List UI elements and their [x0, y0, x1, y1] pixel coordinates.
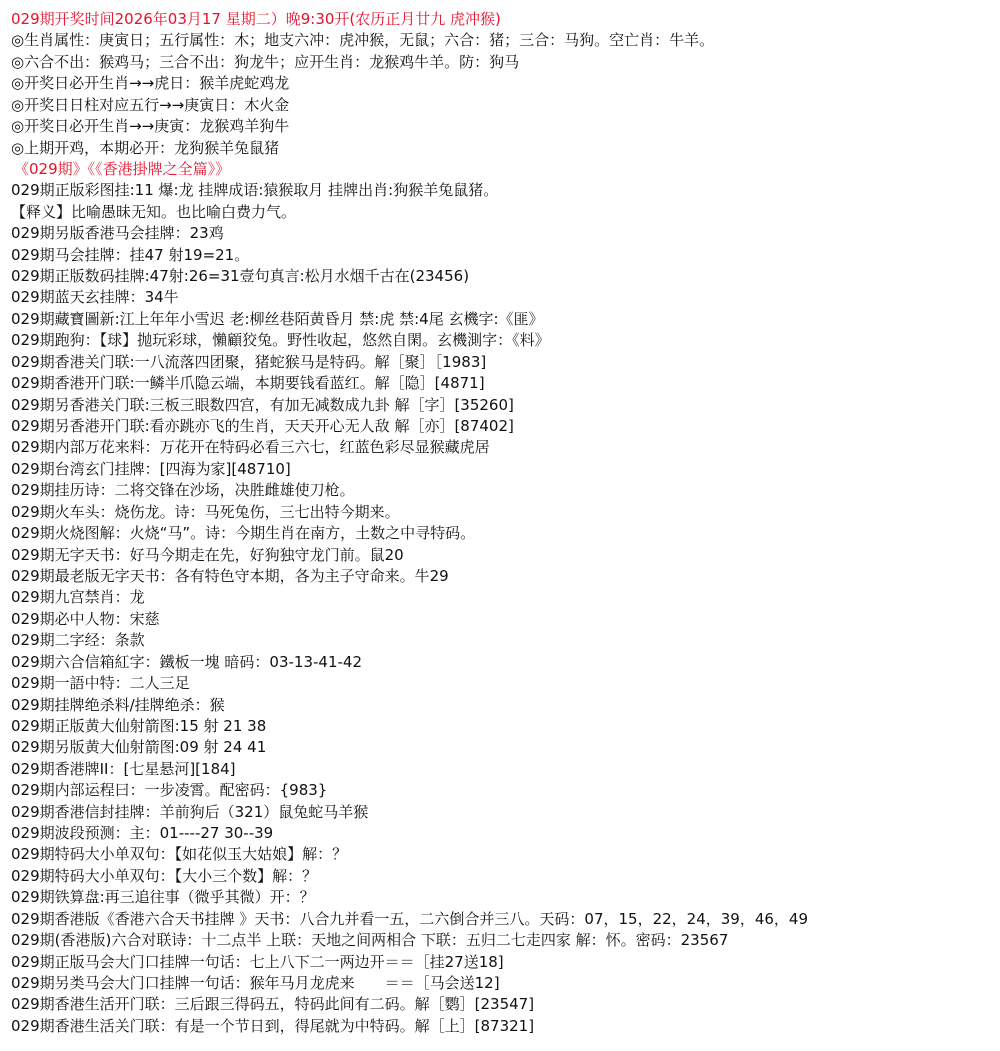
entry-line: 029期另类马会大门口挂牌一句话：猴年马月龙虎来 ＝＝［马会送12] — [11, 973, 808, 994]
entry-line: 029期香港版《香港六合天书挂牌 》天书：八合九并看一五，二六倒合并三八。天码：… — [11, 909, 808, 930]
entry-line: 029期香港开门联:一鳞半爪隐云端，本期要钱看蓝红。解［隐］[4871] — [11, 373, 808, 394]
attribute-line-exclusions: ◎六合不出：猴鸡马；三合不出：狗龙牛；应开生肖：龙猴鸡牛羊。防：狗马 — [11, 52, 808, 73]
entry-line: 029期火车头：烧伤龙。诗：马死兔伤，三七出特今期来。 — [11, 502, 808, 523]
entry-line: 029期九宫禁肖：龙 — [11, 587, 808, 608]
document: 029期开奖时间2026年03月17 星期二）晚9:30开(农历正月廿九 虎冲猴… — [11, 9, 808, 1037]
entry-line: 029期(香港版)六合对联诗：十二点半 上联：天地之间两相合 下联：五归二七走四… — [11, 930, 808, 951]
entry-line: 029期跑狗：【球】抛玩彩球，懶顧狡兔。野性收起，悠然自閑。玄機測字：《料》 — [11, 330, 808, 351]
entry-line: 029期铁算盘:再三追往事（微乎其微）开：？ — [11, 887, 808, 908]
entry-line: 029期台湾玄门挂牌：[四海为家][48710] — [11, 459, 808, 480]
attribute-line-tiger-day: ◎开奖日必开生肖→→虎日：猴羊虎蛇鸡龙 — [11, 73, 808, 94]
entry-line: 029期另版黄大仙射箭图:09 射 24 41 — [11, 737, 808, 758]
entry-line: 029期正版数码挂牌:47射:26=31壹句真言:松月水烟千古在(23456) — [11, 266, 808, 287]
entry-line: 029期特码大小单双句：【如花似玉大姑娘】解：？ — [11, 844, 808, 865]
entry-line: 029期波段预测：主：01----27 30--39 — [11, 823, 808, 844]
entry-line: 029期香港信封挂牌：羊前狗后（321）鼠兔蛇马羊猴 — [11, 802, 808, 823]
entry-line: 029期二字经：条款 — [11, 630, 808, 651]
entry-line: 029期一語中特：二人三足 — [11, 673, 808, 694]
attribute-line-zodiac: ◎生肖属性：庚寅日；五行属性：木；地支六冲：虎冲猴，无鼠；六合：猪；三合：马狗。… — [11, 30, 808, 51]
entry-line: 029期另香港开门联:看亦跳亦飞的生肖，天天开心无人敌 解［亦］[87402] — [11, 416, 808, 437]
entry-line: 029期香港生活开门联：三后跟三得码五，特码此间有二码。解［鹦］[23547] — [11, 994, 808, 1015]
section-title: 《029期》《《香港掛牌之全篇》》 — [11, 159, 808, 180]
entry-line: 【释义】比喻愚昧无知。也比喻白费力气。 — [11, 202, 808, 223]
entry-line: 029期内部运程曰：一步凌霄。配密码：{983} — [11, 780, 808, 801]
entry-line: 029期正版黄大仙射箭图:15 射 21 38 — [11, 716, 808, 737]
entry-line: 029期香港关门联:一八流落四团聚，猪蛇猴马是特码。解［聚］［1983] — [11, 352, 808, 373]
entry-line: 029期藏寶圖新:江上年年小雪迟 老:柳丝巷陌黄昏月 禁:虎 禁:4尾 玄機字:… — [11, 309, 808, 330]
attribute-line-gengyin: ◎开奖日必开生肖→→庚寅：龙猴鸡羊狗牛 — [11, 116, 808, 137]
attribute-line-last-draw: ◎上期开鸡，本期必开：龙狗猴羊兔鼠猪 — [11, 138, 808, 159]
draw-time-title: 029期开奖时间2026年03月17 星期二）晚9:30开(农历正月廿九 虎冲猴… — [11, 9, 808, 30]
entry-line: 029期挂历诗：二将交锋在沙场，决胜雌雄使刀枪。 — [11, 480, 808, 501]
entry-line: 029期正版彩图挂:11 爆:龙 挂牌成语:猿猴取月 挂牌出肖:狗猴羊兔鼠猪。 — [11, 180, 808, 201]
entry-line: 029期内部万花来料：万花开在特码必看三六七，红蓝色彩尽显猴藏虎居 — [11, 437, 808, 458]
entry-line: 029期挂牌绝杀料/挂牌绝杀：猴 — [11, 695, 808, 716]
entry-line: 029期最老版无字天书：各有特色守本期，各为主子守命来。牛29 — [11, 566, 808, 587]
attribute-line-five-elements: ◎开奖日日柱对应五行→→庚寅日：木火金 — [11, 95, 808, 116]
entry-line: 029期火烧图解：火烧“马”。诗：今期生肖在南方，土数之中寻特码。 — [11, 523, 808, 544]
entry-line: 029期蓝天玄挂牌：34牛 — [11, 287, 808, 308]
entry-line: 029期马会挂牌：挂47 射19=21。 — [11, 245, 808, 266]
entry-line: 029期香港生活关门联：有是一个节日到，得尾就为中特码。解［上］[87321] — [11, 1016, 808, 1037]
entry-line: 029期无字天书：好马今期走在先，好狗独守龙门前。鼠20 — [11, 545, 808, 566]
entry-line: 029期香港牌II：[七星悬河][184] — [11, 759, 808, 780]
entry-line: 029期必中人物：宋慈 — [11, 609, 808, 630]
entry-line: 029期六合信箱紅字：鐵板一塊 暗码：03-13-41-42 — [11, 652, 808, 673]
entry-line: 029期特码大小单双句：【大小三个数】解：？ — [11, 866, 808, 887]
entry-line: 029期另版香港马会挂牌：23鸡 — [11, 223, 808, 244]
entry-line: 029期另香港关门联:三板三眼数四宫，有加无减数成九卦 解［字］[35260] — [11, 395, 808, 416]
entry-line: 029期正版马会大门口挂牌一句话：七上八下二一两边开＝＝［挂27送18] — [11, 952, 808, 973]
